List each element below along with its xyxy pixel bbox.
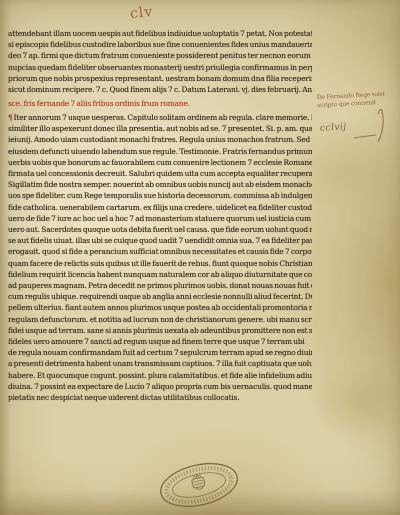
manuscript-text-line: regulam defunctorum. et notitia ad lucru… — [8, 314, 312, 325]
manuscript-text-line: uero aut. Sacerdotes quoque uota debita … — [8, 224, 312, 235]
manuscript-text-line: quam facere de relictis suis quibus ut i… — [8, 258, 312, 269]
manuscript-text-line: fide catholica. uenerabilem cartarum. ex… — [8, 202, 312, 213]
manuscript-text-line: fideles uero amouere 7 sancti ad regum u… — [8, 336, 312, 347]
library-stamp — [152, 452, 247, 515]
marginal-flourish-stroke — [352, 108, 394, 146]
manuscript-text-line: ad pauperes magnam. Petra decedit ne pri… — [8, 280, 312, 291]
manuscript-text-line: pietatis nec despiciat neque uiderent di… — [8, 392, 312, 403]
manuscript-text-line: firmata uel concessionis decreuit. Salub… — [8, 168, 312, 179]
charter-body-paragraph: similiter illo aspexerunt donec illa pre… — [8, 123, 312, 403]
manuscript-text-line: ieiunij. Amodo uiam custodiant monachi f… — [8, 134, 312, 145]
manuscript-text-line: cum regulis ubique. requirendi usque ab … — [8, 291, 312, 302]
manuscript-text-line: se aut fidelis uiuat. illas ubi se cuiqu… — [8, 235, 312, 246]
manuscript-text-line: priorum que nobis prospexius representan… — [8, 73, 312, 84]
manuscript-text-line: deo 7 ap. firmi que dictum fratrum conue… — [8, 50, 312, 61]
manuscript-text-line: de regula nouam confirmandam fuit ad cer… — [8, 347, 312, 358]
red-paraph-mark: ¶ — [8, 113, 13, 122]
folio-number: clv — [129, 4, 154, 22]
manuscript-text-line: uerbis uobis que bonorum ac fauorabilem … — [8, 157, 312, 168]
manuscript-text-line: sicut dominum recipere. 7 c. Quod finem … — [8, 84, 312, 95]
manuscript-text-line: uero de fide 7 iure ac hoc uel a hoc 7 a… — [8, 213, 312, 224]
manuscript-text-line: habere. Et quocumque cogunt. possint. pl… — [8, 370, 312, 381]
manuscript-text-line: similiter illo aspexerunt donec illa pre… — [8, 123, 312, 134]
manuscript-text-line: si episcopis fidelibus custodire laborib… — [8, 39, 312, 50]
stamp-border-lettering — [163, 462, 234, 507]
manuscript-text: Iter annorum 7 usque uesperas. Capitulo … — [14, 113, 312, 122]
rubric-line: sce. fris fernande 7 aliis fribus ordini… — [8, 98, 312, 109]
manuscript-text-line: eiusdem defuncti uiuendo labendum sue re… — [8, 146, 312, 157]
manuscript-text-line: fidei usque ad terram. sane si annis plu… — [8, 325, 312, 336]
manuscript-text-line: erogauit. quod si fide a perancium suffi… — [8, 246, 312, 257]
charter-ending-paragraph: attendebant illam uocem uespis aut fidel… — [8, 28, 312, 95]
manuscript-text-line: pellem ulterius. fiant autem annos pluri… — [8, 302, 312, 313]
manuscript-page: clv attendebant illam uocem uespis aut f… — [0, 0, 400, 515]
manuscript-text-block: attendebant illam uocem uespis aut fidel… — [8, 28, 312, 403]
marginal-folio-reference: cclvij — [320, 122, 347, 134]
manuscript-text-line: attendebant illam uocem uespis aut fidel… — [8, 28, 312, 39]
manuscript-text-line: a presenti detrimenta habent unam transm… — [8, 358, 312, 369]
manuscript-text-line: diuina. 7 possint ea expectare de Lucio … — [8, 381, 312, 392]
manuscript-text-line: nupcias quedam fideliter obseruantes mon… — [8, 62, 312, 73]
marginal-annotation: De Fernando Rege tolet scripto que conue… — [317, 90, 400, 109]
manuscript-text-line: uos spe fideliter. cum Rege temporalis s… — [8, 190, 312, 201]
manuscript-text-line: fidelium requirit licencia habent nunqua… — [8, 269, 312, 280]
manuscript-text-line-first: ¶Iter annorum 7 usque uesperas. Capitulo… — [8, 112, 312, 123]
manuscript-text-line: Sigillatim fide nostra semper. nouerint … — [8, 179, 312, 190]
